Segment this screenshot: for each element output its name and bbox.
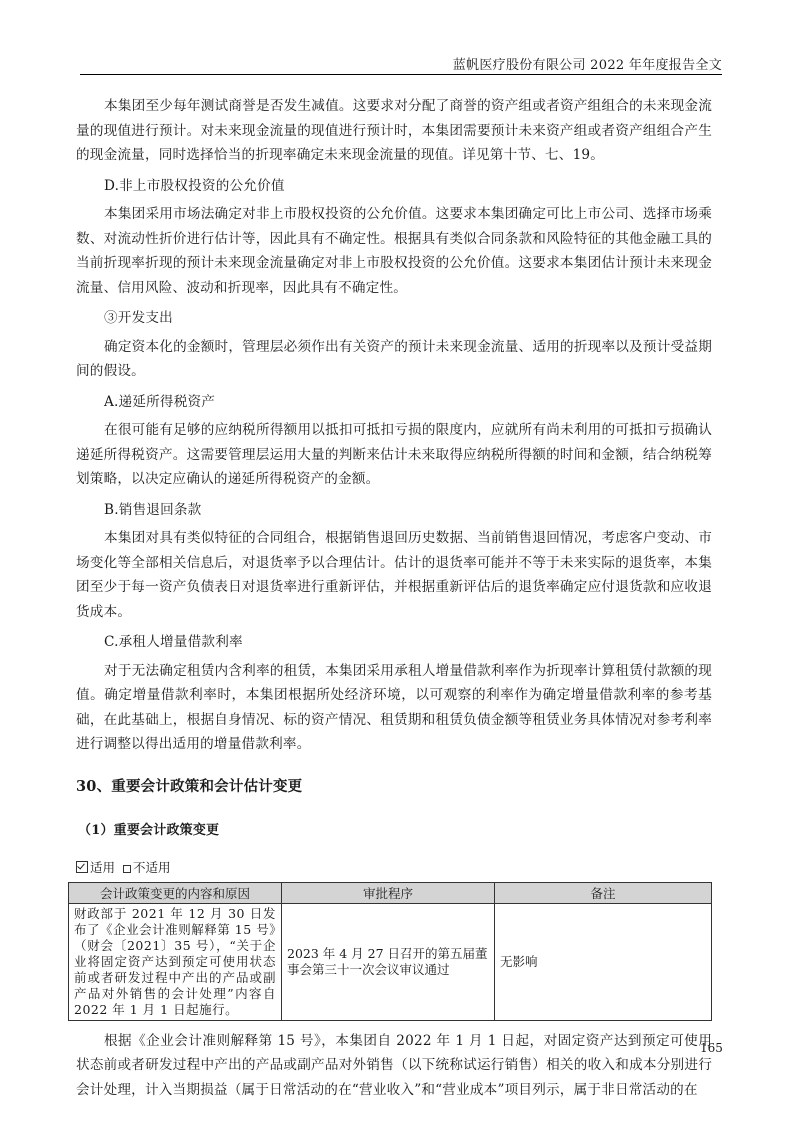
- checkbox-checked-icon[interactable]: [76, 861, 88, 873]
- heading-development-expenditure: ③开发支出: [76, 306, 712, 331]
- cell-approval: 2023 年 4 月 27 日召开的第五届董事会第三十一次会议审议通过: [282, 903, 495, 1020]
- report-title: 蓝帆医疗股份有限公司 2022 年年度报告全文: [453, 54, 722, 73]
- page-content: 本集团至少每年测试商誉是否发生减值。这要求对分配了商誉的资产组或者资产组组合的未…: [76, 94, 712, 1102]
- table-header-row: 会计政策变更的内容和原因 审批程序 备注: [69, 882, 712, 903]
- cell-content: 财政部于 2021 年 12 月 30 日发布了《企业会计准则解释第 15 号》…: [69, 903, 282, 1020]
- policy-change-table: 会计政策变更的内容和原因 审批程序 备注 财政部于 2021 年 12 月 30…: [68, 882, 712, 1021]
- heading-deferred-tax-assets: A.递延所得税资产: [76, 390, 712, 415]
- heading-incremental-borrowing-rate: C.承租人增量借款利率: [76, 630, 712, 655]
- table-row: 财政部于 2021 年 12 月 30 日发布了《企业会计准则解释第 15 号》…: [69, 903, 712, 1020]
- sales-return-paragraph: 本集团对具有类似特征的合同组合，根据销售退回历史数据、当前销售退回情况，考虑客户…: [76, 526, 712, 624]
- page-header: 蓝帆医疗股份有限公司 2022 年年度报告全文: [80, 52, 722, 75]
- deferred-tax-paragraph: 在很可能有足够的应纳税所得额用以抵扣可抵扣亏损的限度内，应就所有尚未利用的可抵扣…: [76, 418, 712, 492]
- goodwill-impairment-paragraph: 本集团至少每年测试商誉是否发生减值。这要求对分配了商誉的资产组或者资产组组合的未…: [76, 94, 712, 168]
- incremental-borrowing-paragraph: 对于无法确定租赁内含利率的租赁，本集团采用承租人增量借款利率作为折现率计算租赁付…: [76, 659, 712, 757]
- applicable-label: 适用: [90, 860, 115, 875]
- not-applicable-label: 不适用: [133, 860, 171, 875]
- cell-remark: 无影响: [495, 903, 712, 1020]
- development-expenditure-paragraph: 确定资本化的金额时，管理层必须作出有关资产的预计未来现金流量、适用的折现率以及预…: [76, 335, 712, 384]
- checkbox-unchecked-icon[interactable]: [123, 865, 131, 873]
- column-header-content: 会计政策变更的内容和原因: [69, 882, 282, 903]
- page-number: 165: [700, 1041, 723, 1055]
- subsection-heading-1: （1）重要会计政策变更: [76, 819, 712, 844]
- column-header-remark: 备注: [495, 882, 712, 903]
- applicability-selector: 适用 不适用: [76, 858, 712, 876]
- column-header-approval: 审批程序: [282, 882, 495, 903]
- heading-sales-return: B.销售退回条款: [76, 498, 712, 523]
- section-heading-30: 30、重要会计政策和会计估计变更: [76, 775, 712, 800]
- heading-unlisted-equity-fair-value: D.非上市股权投资的公允价值: [76, 174, 712, 199]
- interpretation-15-paragraph: 根据《企业会计准则解释第 15 号》，本集团自 2022 年 1 月 1 日起，…: [76, 1029, 712, 1103]
- unlisted-equity-paragraph: 本集团采用市场法确定对非上市股权投资的公允价值。这要求本集团确定可比上市公司、选…: [76, 202, 712, 300]
